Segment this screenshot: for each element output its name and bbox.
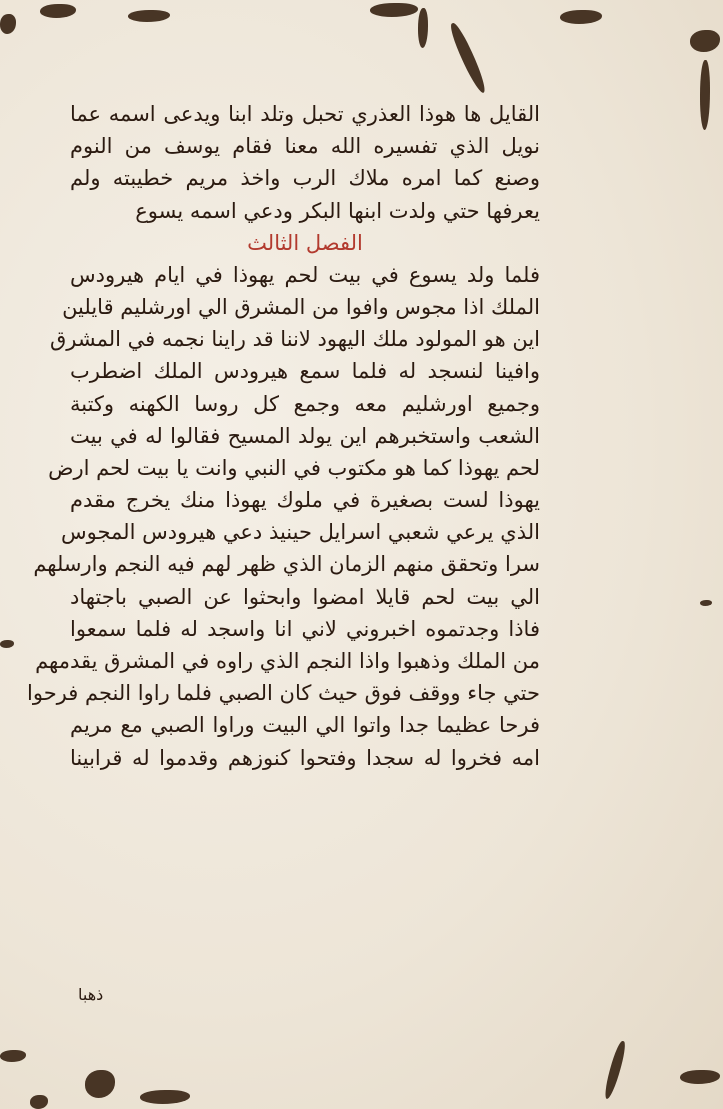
damage-mark <box>128 10 170 22</box>
catchword: ذهبا <box>78 985 103 1004</box>
text-line: يهوذا لست بصغيرة في ملوك يهوذا منك يخرج … <box>70 484 540 516</box>
text-line: الملك اذا مجوس وافوا من المشرق الي اورشل… <box>70 291 540 323</box>
damage-mark <box>140 1090 190 1104</box>
text-line: اين هو المولود ملك اليهود لاننا قد راينا… <box>70 323 540 355</box>
damage-mark <box>680 1070 720 1084</box>
text-line: الشعب واستخبرهم اين يولد المسيح فقالوا ل… <box>70 420 540 452</box>
main-text-block: القايل ها هوذا العذري تحبل وتلد ابنا ويد… <box>70 98 540 774</box>
damage-mark <box>0 14 16 34</box>
text-line: وصنع كما امره ملاك الرب واخذ مريم خطيبته… <box>70 162 540 194</box>
damage-mark <box>418 8 428 48</box>
text-line: لحم يهوذا كما هو مكتوب في النبي وانت يا … <box>70 452 540 484</box>
text-line: وافينا لنسجد له فلما سمع هيرودس الملك اض… <box>70 355 540 387</box>
damage-mark <box>0 640 14 648</box>
text-line: سرا وتحقق منهم الزمان الذي ظهر لهم فيه ا… <box>70 548 540 580</box>
damage-mark <box>40 4 76 18</box>
text-line: امه فخروا له سجدا وفتحوا كنوزهم وقدموا ل… <box>70 742 540 774</box>
damage-mark <box>85 1070 115 1098</box>
text-line: فرحا عظيما جدا واتوا الي البيت وراوا الص… <box>70 709 540 741</box>
manuscript-page: القايل ها هوذا العذري تحبل وتلد ابنا ويد… <box>0 0 723 1109</box>
damage-mark <box>602 1040 627 1101</box>
text-line: الذي يرعي شعبي اسرايل حينيذ دعي هيرودس ا… <box>70 516 540 548</box>
damage-mark <box>30 1095 48 1109</box>
damage-mark <box>700 600 712 606</box>
damage-mark <box>560 10 602 24</box>
text-line: يعرفها حتي ولدت ابنها البكر ودعي اسمه يس… <box>70 195 540 227</box>
damage-mark <box>0 1050 26 1062</box>
text-line: الي بيت لحم قايلا امضوا وابحثوا عن الصبي… <box>70 581 540 613</box>
text-line: فلما ولد يسوع في بيت لحم يهوذا في ايام ه… <box>70 259 540 291</box>
text-line: نويل الذي تفسيره الله معنا فقام يوسف من … <box>70 130 540 162</box>
text-line: فاذا وجدتموه اخبروني لاني انا واسجد له ف… <box>70 613 540 645</box>
damage-mark <box>700 60 710 130</box>
text-line: القايل ها هوذا العذري تحبل وتلد ابنا ويد… <box>70 98 540 130</box>
text-line: من الملك وذهبوا واذا النجم الذي راوه في … <box>70 645 540 677</box>
text-line: حتي جاء ووقف فوق حيث كان الصبي فلما راوا… <box>70 677 540 709</box>
text-line: وجميع اورشليم معه وجمع كل روسا الكهنه وك… <box>70 388 540 420</box>
damage-mark <box>447 21 490 95</box>
damage-mark <box>690 30 720 52</box>
chapter-heading: الفصل الثالث <box>70 227 540 259</box>
damage-mark <box>370 3 418 17</box>
